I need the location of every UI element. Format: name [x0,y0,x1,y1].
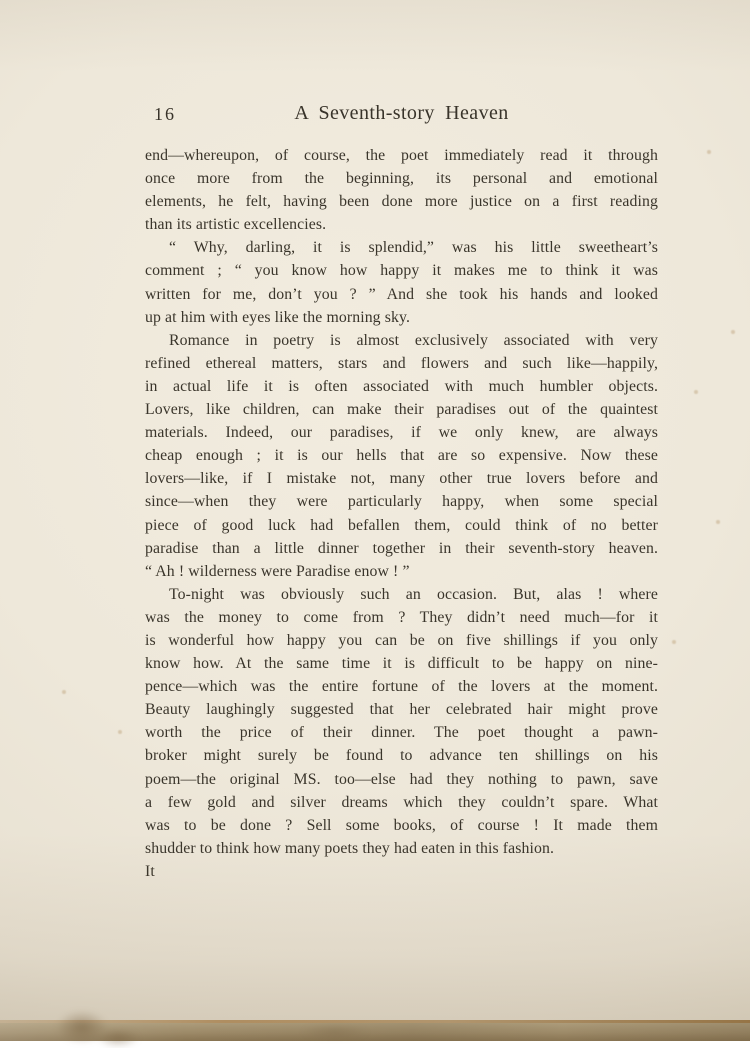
foxing-speck [694,390,698,394]
text-line: materials. Indeed, our paradises, if we … [145,421,658,444]
text-line: know how. At the same time it is difficu… [145,652,658,675]
text-line: shudder to think how many poets they had… [145,837,658,860]
text-line: “ Ah ! wilderness were Paradise enow ! ” [145,560,658,583]
text-line: end—whereupon, of course, the poet immed… [145,144,658,167]
foxing-speck [707,150,711,154]
page-stack-edge [0,1023,750,1041]
foxing-speck [672,640,676,644]
text-block: end—whereupon, of course, the poet immed… [145,144,658,883]
text-line: in actual life it is often associated wi… [145,375,658,398]
text-line: since—when they were particularly happy,… [145,490,658,513]
running-header-title: A Seventh-story Heaven [145,102,658,125]
text-line: “ Why, darling, it is splendid,” was his… [145,236,658,259]
catchword: It [145,860,672,883]
text-line: To-night was obviously such an occasion.… [145,583,658,606]
text-line: was to be done ? Sell some books, of cou… [145,814,658,837]
text-line: was the money to come from ? They didn’t… [145,606,658,629]
text-line: broker might surely be found to advance … [145,744,658,767]
text-line: elements, he felt, having been done more… [145,190,658,213]
text-line: a few gold and silver dreams which they … [145,791,658,814]
text-line: Romance in poetry is almost exclusively … [145,329,658,352]
text-line: once more from the beginning, its person… [145,167,658,190]
running-header: 16 A Seventh-story Heaven [145,102,658,128]
text-line: worth the price of their dinner. The poe… [145,721,658,744]
foxing-speck [62,690,66,694]
text-line: poem—the original MS. too—else had they … [145,768,658,791]
text-line: pence—which was the entire fortune of th… [145,675,658,698]
text-line: refined ethereal matters, stars and flow… [145,352,658,375]
text-line: up at him with eyes like the morning sky… [145,306,658,329]
book-page-scan: 16 A Seventh-story Heaven end—whereupon,… [0,0,750,1041]
text-line: cheap enough ; it is our hells that are … [145,444,658,467]
text-line: written for me, don’t you ? ” And she to… [145,283,658,306]
body-paragraphs: end—whereupon, of course, the poet immed… [145,144,658,860]
text-line: Beauty laughingly suggested that her cel… [145,698,658,721]
text-line: Lovers, like children, can make their pa… [145,398,658,421]
text-line: piece of good luck had befallen them, co… [145,514,658,537]
foxing-speck [731,330,735,334]
text-line: lovers—like, if I mistake not, many othe… [145,467,658,490]
text-line: paradise than a little dinner together i… [145,537,658,560]
foxing-speck [118,730,122,734]
text-line: comment ; “ you know how happy it makes … [145,259,658,282]
foxing-speck [716,520,720,524]
text-line: than its artistic excellencies. [145,213,658,236]
text-line: is wonderful how happy you can be on fiv… [145,629,658,652]
